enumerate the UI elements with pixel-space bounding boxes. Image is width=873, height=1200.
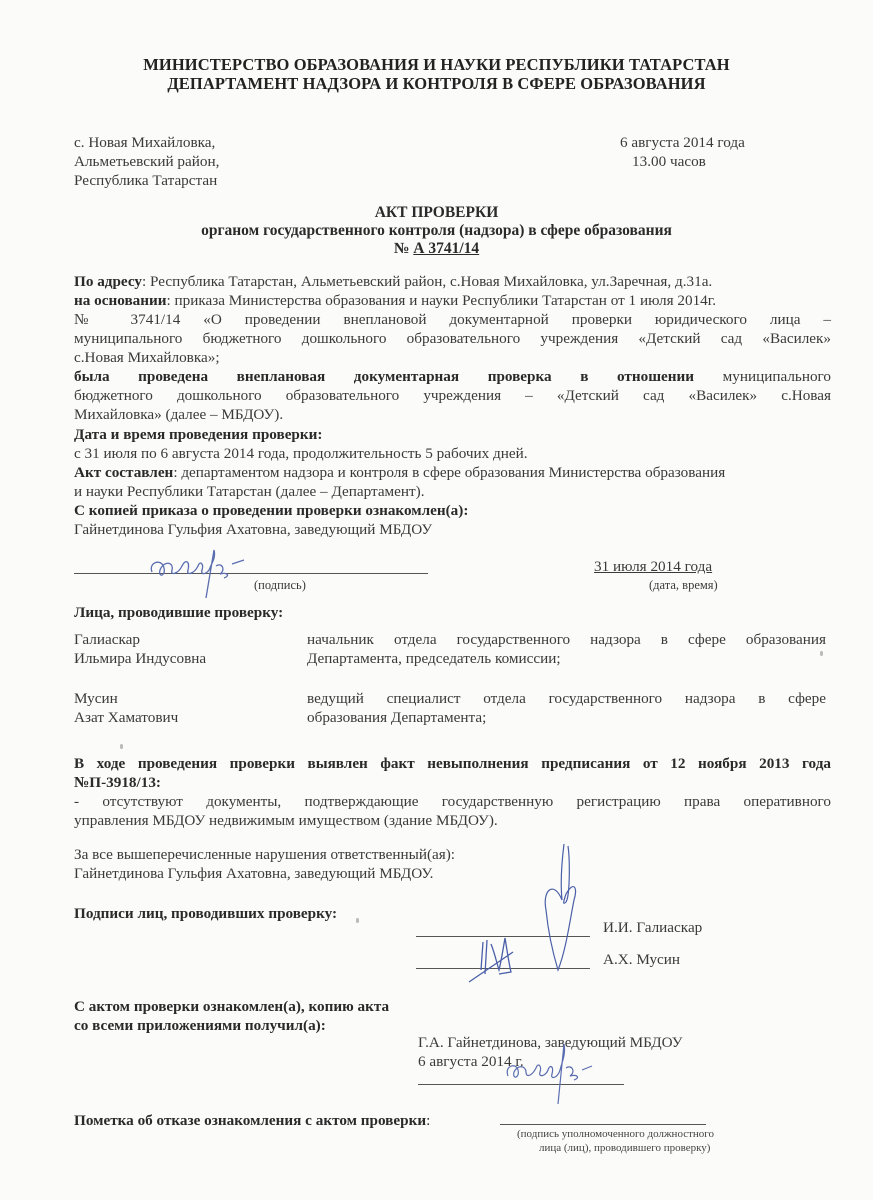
ministry-header-line1: МИНИСТЕРСТВО ОБРАЗОВАНИЯ И НАУКИ РЕСПУБЛ… (0, 55, 873, 75)
inspector-2-surname: Мусин (74, 689, 118, 708)
responsible-label: За все вышеперечисленные нарушения ответ… (74, 845, 455, 864)
basis-label: на основании (74, 292, 167, 309)
basis-line2: № 3741/14 «О проведении внеплановой доку… (74, 310, 831, 329)
act-composed-label: Акт составлен (74, 464, 173, 481)
handwritten-signature-musin-icon (465, 934, 525, 984)
findings-text-line1: - отсутствуют документы, подтверждающие … (74, 792, 831, 811)
inspection-line3: Михайловка» (далее – МБДОУ). (74, 405, 283, 424)
inspector-1-surname: Галиаскар (74, 630, 140, 649)
refusal-label-text: Пометка об отказе ознакомления с актом п… (74, 1112, 426, 1129)
inspector-2-name: Азат Хаматович (74, 708, 178, 727)
act-title: АКТ ПРОВЕРКИ (0, 203, 873, 222)
inspector-2-role-line2: образования Департамента; (307, 708, 486, 727)
address-label: По адресу (74, 273, 142, 290)
place-line1: с. Новая Михайловка, (74, 133, 215, 152)
responsible-person: Гайнетдинова Гульфия Ахатовна, заведующи… (74, 864, 433, 883)
refusal-caption-line1: (подпись уполномоченного должностного (517, 1128, 714, 1140)
basis-line3: муниципального бюджетного дошкольного об… (74, 329, 831, 348)
handwritten-signature-gainetdinova-icon (500, 1040, 610, 1110)
act-number-prefix: № (394, 240, 413, 257)
findings-heading-line1: В ходе проведения проверки выявлен факт … (74, 754, 831, 773)
copy-acknowledged-label: С копией приказа о проведении проверки о… (74, 501, 468, 520)
scan-speck (120, 744, 123, 749)
refusal-colon: : (426, 1112, 430, 1129)
address-line: По адресу: Республика Татарстан, Альметь… (74, 272, 712, 291)
inspection-text-1: муниципального (694, 368, 831, 385)
acknowledgement-label-line2: со всеми приложениями получил(а): (74, 1016, 326, 1035)
dates-label: Дата и время проведения проверки: (74, 425, 322, 444)
acknowledgement-label-line1: С актом проверки ознакомлен(а), копию ак… (74, 997, 389, 1016)
document-time: 13.00 часов (632, 152, 706, 171)
document-page: МИНИСТЕРСТВО ОБРАЗОВАНИЯ И НАУКИ РЕСПУБЛ… (0, 0, 873, 1200)
scan-speck (820, 651, 823, 656)
basis-line1: на основании: приказа Министерства образ… (74, 291, 716, 310)
signature-date-caption: (дата, время) (649, 576, 718, 595)
address-text: : Республика Татарстан, Альметьевский ра… (142, 273, 712, 290)
inspectors-label: Лица, проводившие проверку: (74, 603, 283, 622)
inspection-line2: бюджетного дошкольного образовательного … (74, 386, 831, 405)
refusal-label: Пометка об отказе ознакомления с актом п… (74, 1111, 430, 1130)
basis-text-1: : приказа Министерства образования и нау… (167, 292, 717, 309)
copy-acknowledged-person: Гайнетдинова Гульфия Ахатовна, заведующи… (74, 520, 432, 539)
basis-line4: с.Новая Михайловка»; (74, 348, 220, 367)
handwritten-signature-galiaskar-icon (540, 840, 590, 975)
signer-2-name: А.Х. Мусин (603, 950, 680, 969)
place-line3: Республика Татарстан (74, 171, 217, 190)
act-number-value: А 3741/14 (413, 240, 479, 257)
act-composed-line2: и науки Республики Татарстан (далее – Де… (74, 482, 425, 501)
findings-text-line2: управления МБДОУ недвижимым имуществом (… (74, 811, 498, 830)
inspection-line1: была проведена внеплановая документарная… (74, 367, 831, 386)
inspection-label: была проведена внеплановая документарная… (74, 368, 694, 385)
refusal-caption-line2: лица (лиц), проводившего проверку) (539, 1142, 710, 1154)
scan-speck (356, 918, 359, 923)
department-header-line2: ДЕПАРТАМЕНТ НАДЗОРА И КОНТРОЛЯ В СФЕРЕ О… (0, 74, 873, 94)
refusal-signature-line (500, 1124, 706, 1125)
inspector-signatures-label: Подписи лиц, проводивших проверку: (74, 904, 337, 923)
signer-1-name: И.И. Галиаскар (603, 918, 702, 937)
act-subtitle: органом государственного контроля (надзо… (0, 221, 873, 240)
signature-date: 31 июля 2014 года (594, 557, 712, 576)
inspector-1-role-line2: Департамента, председатель комиссии; (307, 649, 561, 668)
place-line2: Альметьевский район, (74, 152, 219, 171)
act-composed-line1: Акт составлен: департаментом надзора и к… (74, 463, 725, 482)
inspector-2-role-line1: ведущий специалист отдела государственно… (307, 689, 826, 708)
act-number: № А 3741/14 (0, 239, 873, 258)
findings-heading-line2: №П-3918/13: (74, 773, 161, 792)
document-date: 6 августа 2014 года (620, 133, 745, 152)
inspector-1-name: Ильмира Индусовна (74, 649, 206, 668)
dates-text: с 31 июля по 6 августа 2014 года, продол… (74, 444, 528, 463)
signature-caption: (подпись) (254, 576, 306, 595)
inspector-1-role-line1: начальник отдела государственного надзор… (307, 630, 826, 649)
handwritten-signature-icon (140, 540, 320, 610)
act-composed-text: : департаментом надзора и контроля в сфе… (173, 464, 725, 481)
